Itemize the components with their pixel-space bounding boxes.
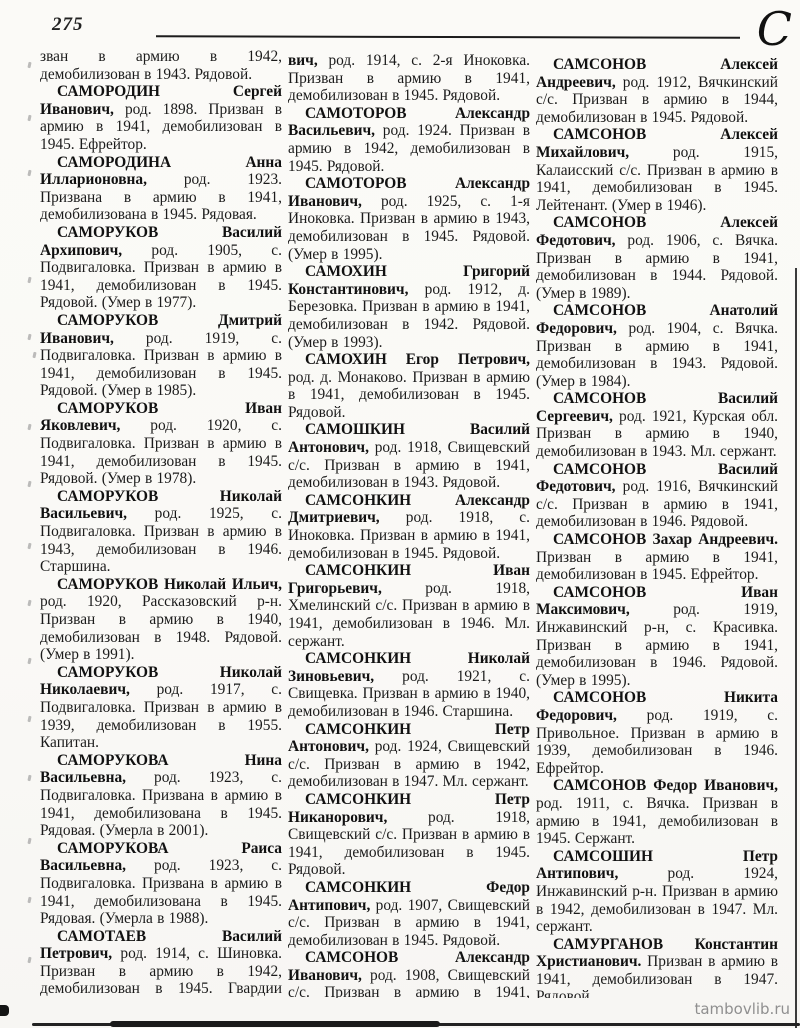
scan-mark (27, 62, 31, 68)
veteran-entry: САМСОНКИН Петр Никанорович, род. 1918, С… (288, 791, 530, 879)
column-1: зван в армию в 1942, демобилизован в 194… (40, 48, 282, 998)
veteran-name: САМСОНКИН Петр Антонович, (288, 721, 530, 756)
scan-mark (27, 897, 31, 903)
veteran-entry: САМОРОДИН Сергей Иванович, род. 1898. Пр… (40, 83, 282, 153)
veteran-name: САМСОНОВ Александр Иванович, (288, 949, 530, 984)
veteran-entry: САМОТОРОВ Александр Иванович, род. 1925,… (288, 175, 530, 263)
veteran-name: САМОРУКОВА Раиса Васильевна, (40, 840, 282, 875)
veteran-name: САМОХИН Григорий Константинович, (288, 263, 530, 298)
scan-mark (27, 481, 31, 487)
veteran-name: САМОТОРОВ Александр Иванович, (288, 175, 530, 210)
scan-mark (27, 424, 31, 430)
scan-mark (27, 775, 31, 781)
veteran-entry: САМОТАЕВ Василий Петрович, род. 1914, с.… (40, 928, 282, 998)
scan-mark (27, 334, 31, 340)
veteran-name: САМСОНОВ Василий Федотович, (536, 461, 778, 496)
veteran-name: САМСОНОВ Захар Андреевич. (553, 531, 778, 548)
veteran-entry: САМОШКИН Василий Антонович, род. 1918, С… (288, 421, 530, 491)
scan-mark (32, 352, 36, 358)
veteran-name: САМОТАЕВ Василий Петрович, (40, 928, 282, 963)
veteran-name: САМСОНКИН Федор Антипович, (288, 879, 530, 914)
veteran-entry: САМОРУКОВ Дмитрий Иванович, род. 1919, с… (40, 312, 282, 400)
veteran-entry: САМОРУКОВ Иван Яковлевич, род. 1920, с. … (40, 400, 282, 488)
veteran-name: вич, (288, 52, 318, 69)
veteran-entry: САМСОНОВ Василий Сергеевич, род. 1921, К… (536, 390, 778, 460)
scan-mark (27, 716, 31, 722)
veteran-name: САМСОНКИН Иван Григорьевич, (288, 562, 530, 597)
veteran-name: САМСОНОВ Алексей Андреевич, (536, 56, 778, 91)
veteran-name: САМСОНОВ Никита Федорович, (536, 689, 778, 724)
scanned-book-page: 275 С зван в армию в 1942, демобилизован… (0, 0, 800, 1028)
veteran-entry: САМОРУКОВ Василий Архипович, род. 1905, … (40, 224, 282, 312)
veteran-entry: САМСОНОВ Алексей Андреевич, род. 1912, В… (536, 56, 778, 126)
page-number: 275 (52, 14, 84, 36)
veteran-entry: САМСОНКИН Александр Дмитриевич, род. 191… (288, 492, 530, 562)
veteran-entry: САМОРУКОВ Николай Васильевич, род. 1925,… (40, 488, 282, 576)
veteran-name: САМОРУКОВ Николай Ильич, (57, 576, 282, 593)
veteran-name: САМУРГАНОВ Константин Христианович. (536, 936, 778, 971)
veteran-name: САМСОНОВ Анатолий Федорович, (536, 302, 778, 337)
scan-edge-bottom-thick (110, 1021, 440, 1027)
veteran-name: САМОТОРОВ Александр Васильевич, (288, 105, 530, 140)
watermark-text: tambovlib.ru (694, 1000, 790, 1018)
veteran-entry: САМСОНОВ Алексей Федотович, род. 1906, с… (536, 214, 778, 302)
scan-corner-blob (0, 1005, 9, 1016)
scan-mark (27, 543, 31, 549)
veteran-name: САМОРОДИН Сергей Иванович, (40, 83, 282, 118)
section-letter: С (757, 6, 792, 52)
veteran-name: САМСОНКИН Александр Дмитриевич, (288, 492, 530, 527)
veteran-entry: САМСОНКИН Федор Антипович, род. 1907, Св… (288, 879, 530, 949)
scan-mark (27, 115, 31, 121)
scan-mark (27, 957, 31, 963)
veteran-name: САМОХИН Егор Петрович, (305, 351, 530, 368)
veteran-entry: САМСОНОВ Иван Максимович, род. 1919, Инж… (536, 584, 778, 690)
veteran-name: САМОРОДИНА Анна Илларионовна, (40, 154, 282, 189)
text-columns: зван в армию в 1942, демобилизован в 194… (40, 48, 780, 998)
veteran-entry: САМСОНКИН Николай Зиновьевич, род. 1921,… (288, 650, 530, 720)
veteran-entry: САМОХИН Егор Петрович, род. д. Монаково.… (288, 351, 530, 421)
veteran-name: САМОШКИН Василий Антонович, (288, 421, 530, 456)
veteran-entry: САМОРУКОВ Николай Николаевич, род. 1917,… (40, 664, 282, 752)
scan-mark (27, 600, 31, 606)
scan-mark (27, 170, 31, 176)
column-3: САМСОНОВ Алексей Андреевич, род. 1912, В… (536, 48, 778, 998)
scan-edge-right (795, 268, 797, 1028)
scan-mark (27, 277, 31, 283)
veteran-name: САМОРУКОВ Василий Архипович, (40, 224, 282, 259)
veteran-name: САМОРУКОВ Николай Николаевич, (40, 664, 282, 699)
veteran-entry: САМСОНКИН Иван Григорьевич, род. 1918, Х… (288, 562, 530, 650)
veteran-entry: САМСОНОВ Захар Андреевич. Призван в арми… (536, 531, 778, 584)
veteran-entry: САМСОНОВ Никита Федорович, род. 1919, с.… (536, 689, 778, 777)
veteran-name: САМСОНОВ Иван Максимович, (536, 584, 778, 619)
veteran-name: САМОРУКОВ Иван Яковлевич, (40, 400, 282, 435)
veteran-entry: САМОРОДИНА Анна Илларионовна, род. 1923.… (40, 154, 282, 224)
veteran-entry: зван в армию в 1942, демобилизован в 194… (40, 48, 282, 83)
veteran-entry: САМСОНКИН Петр Антонович, род. 1924, Сви… (288, 721, 530, 791)
veteran-name: САМСОНОВ Алексей Михайлович, (536, 126, 778, 161)
veteran-entry: САМОХИН Григорий Константинович, род. 19… (288, 263, 530, 351)
header-rule (156, 35, 740, 39)
veteran-entry: САМСОНОВ Александр Иванович, род. 1908, … (288, 949, 530, 998)
veteran-name: САМСОНОВ Алексей Федотович, (536, 214, 778, 249)
veteran-entry: САМОРУКОВА Нина Васильевна, род. 1923, с… (40, 752, 282, 840)
veteran-name: САМОРУКОВ Дмитрий Иванович, (40, 312, 282, 347)
veteran-name: САМСОНОВ Василий Сергеевич, (536, 390, 778, 425)
veteran-entry: САМСОНОВ Анатолий Федорович, род. 1904, … (536, 302, 778, 390)
column-2: вич, род. 1914, с. 2-я Иноковка. Призван… (288, 48, 530, 998)
veteran-name: САМСОНОВ Федор Иванович, (553, 777, 778, 794)
veteran-entry: САМСОШИН Петр Антипович, род. 1924, Инжа… (536, 848, 778, 936)
scan-mark (27, 658, 31, 664)
veteran-name: САМСОНКИН Николай Зиновьевич, (288, 650, 530, 685)
veteran-name: САМСОШИН Петр Антипович, (536, 848, 778, 883)
veteran-entry: вич, род. 1914, с. 2-я Иноковка. Призван… (288, 52, 530, 105)
veteran-entry: САМСОНОВ Алексей Михайлович, род. 1915, … (536, 126, 778, 214)
veteran-entry: САМОРУКОВА Раиса Васильевна, род. 1923, … (40, 840, 282, 928)
scan-mark (27, 838, 31, 844)
veteran-name: САМОРУКОВ Николай Васильевич, (40, 488, 282, 523)
veteran-entry: САМОТОРОВ Александр Васильевич, род. 192… (288, 105, 530, 175)
veteran-entry: САМУРГАНОВ Константин Христианович. Приз… (536, 936, 778, 998)
veteran-entry: САМСОНОВ Федор Иванович, род. 1911, с. В… (536, 777, 778, 847)
veteran-entry: САМОРУКОВ Николай Ильич, род. 1920, Расс… (40, 576, 282, 664)
veteran-name: САМОРУКОВА Нина Васильевна, (40, 752, 282, 787)
veteran-entry: САМСОНОВ Василий Федотович, род. 1916, В… (536, 461, 778, 531)
veteran-name: САМСОНКИН Петр Никанорович, (288, 791, 530, 826)
